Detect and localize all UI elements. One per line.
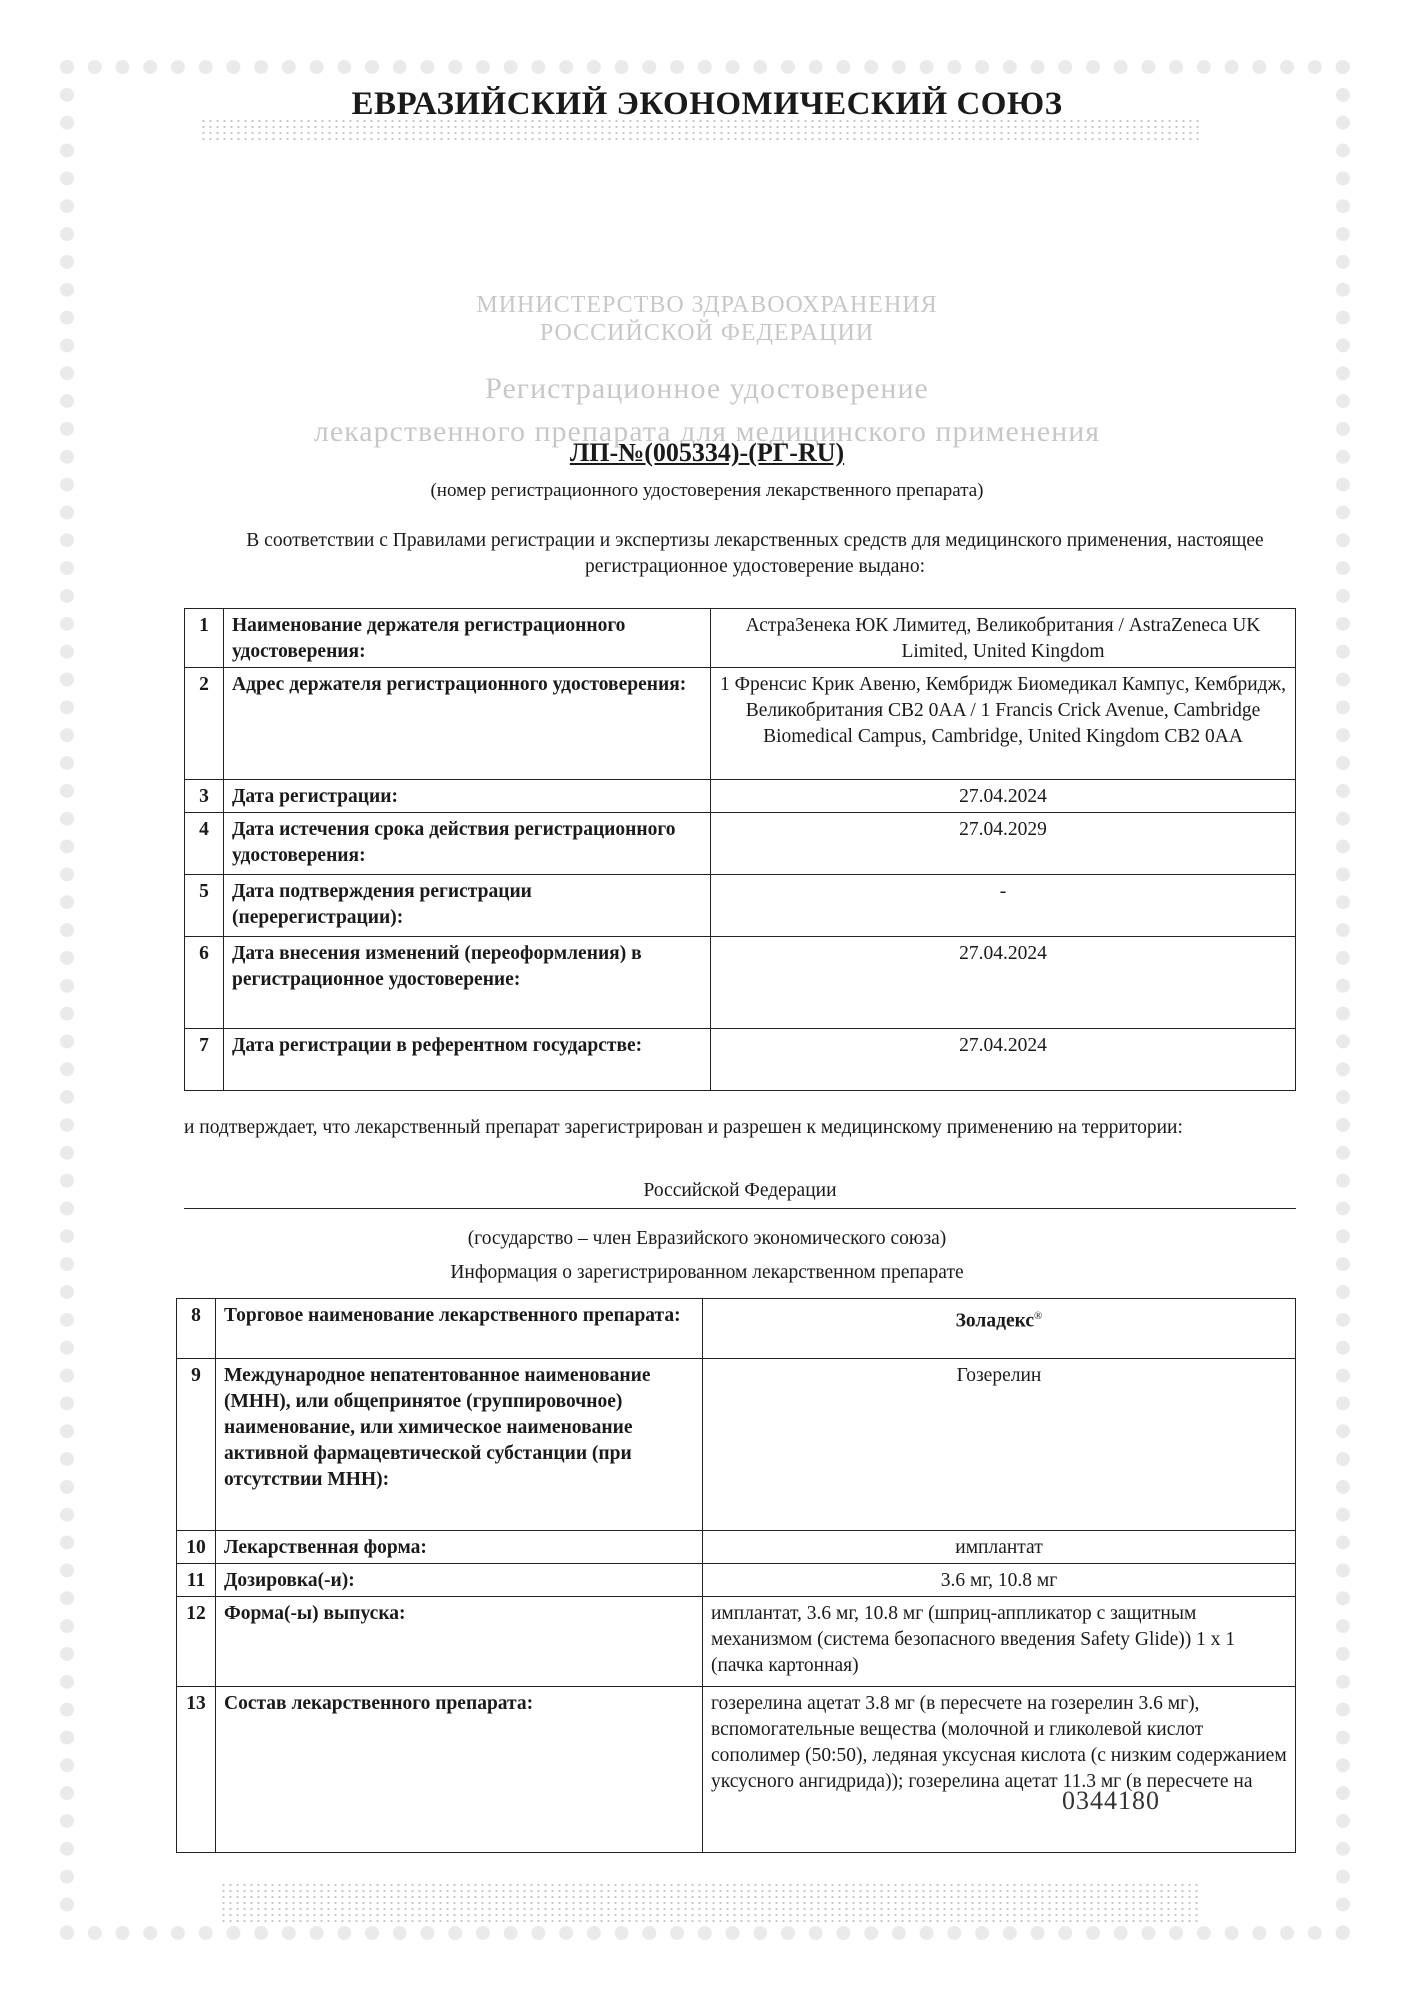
row-value: имплантат, 3.6 мг, 10.8 мг (шприц-апплик… bbox=[703, 1597, 1296, 1687]
table-row: 4 Дата истечения срока действия регистра… bbox=[185, 813, 1296, 875]
row-value: Золадекс® bbox=[703, 1299, 1296, 1359]
row-label: Адрес держателя регистрационного удостов… bbox=[224, 668, 711, 780]
intro-paragraph: В соответствии с Правилами регистрации и… bbox=[240, 528, 1270, 580]
row-value: Гозерелин bbox=[703, 1359, 1296, 1531]
row-number: 10 bbox=[177, 1531, 216, 1564]
form-serial-number: 0344180 bbox=[1062, 1786, 1160, 1816]
trade-name: Золадекс bbox=[956, 1311, 1034, 1332]
row-number: 7 bbox=[185, 1029, 224, 1091]
table-row: 1 Наименование держателя регистрационног… bbox=[185, 609, 1296, 668]
row-label: Лекарственная форма: bbox=[216, 1531, 703, 1564]
table-row: 5 Дата подтверждения регистрации (перере… bbox=[185, 875, 1296, 937]
registration-certificate-page: ЕВРАЗИЙСКИЙ ЭКОНОМИЧЕСКИЙ СОЮЗ МИНИСТЕРС… bbox=[0, 0, 1414, 2000]
certificate-number-caption: (номер регистрационного удостоверения ле… bbox=[0, 480, 1414, 502]
product-info-table: 8 Торговое наименование лекарственного п… bbox=[176, 1298, 1296, 1853]
row-value: 3.6 мг, 10.8 мг bbox=[703, 1564, 1296, 1597]
row-value: АстраЗенека ЮК Лимитед, Великобритания /… bbox=[711, 609, 1296, 668]
row-number: 8 bbox=[177, 1299, 216, 1359]
row-number: 11 bbox=[177, 1564, 216, 1597]
certificate-number: ЛП-№(005334)-(РГ-RU) bbox=[0, 438, 1414, 468]
row-number: 3 bbox=[185, 780, 224, 813]
table-row: 2 Адрес держателя регистрационного удост… bbox=[185, 668, 1296, 780]
table-row: 10 Лекарственная форма: имплантат bbox=[177, 1531, 1296, 1564]
row-label: Дата регистрации в референтном государст… bbox=[224, 1029, 711, 1091]
table-row: 6 Дата внесения изменений (переоформлени… bbox=[185, 937, 1296, 1029]
table-row: 12 Форма(-ы) выпуска: имплантат, 3.6 мг,… bbox=[177, 1597, 1296, 1687]
row-label: Дата регистрации: bbox=[224, 780, 711, 813]
row-value: гозерелина ацетат 3.8 мг (в пересчете на… bbox=[703, 1687, 1296, 1853]
row-number: 6 bbox=[185, 937, 224, 1029]
organization-title: ЕВРАЗИЙСКИЙ ЭКОНОМИЧЕСКИЙ СОЮЗ bbox=[0, 86, 1414, 123]
product-info-heading: Информация о зарегистрированном лекарств… bbox=[0, 1262, 1414, 1284]
row-number: 12 bbox=[177, 1597, 216, 1687]
confirmation-paragraph: и подтверждает, что лекарственный препар… bbox=[184, 1116, 1304, 1140]
holder-info-table: 1 Наименование держателя регистрационног… bbox=[184, 608, 1296, 1091]
row-label: Дата истечения срока действия регистраци… bbox=[224, 813, 711, 875]
row-label: Состав лекарственного препарата: bbox=[216, 1687, 703, 1853]
row-number: 9 bbox=[177, 1359, 216, 1531]
row-value: 27.04.2024 bbox=[711, 1029, 1296, 1091]
row-number: 13 bbox=[177, 1687, 216, 1853]
row-label: Дозировка(-и): bbox=[216, 1564, 703, 1597]
table-row: 8 Торговое наименование лекарственного п… bbox=[177, 1299, 1296, 1359]
row-number: 1 bbox=[185, 609, 224, 668]
table-row: 11 Дозировка(-и): 3.6 мг, 10.8 мг bbox=[177, 1564, 1296, 1597]
row-label: Форма(-ы) выпуска: bbox=[216, 1597, 703, 1687]
row-number: 4 bbox=[185, 813, 224, 875]
row-label: Международное непатентованное наименован… bbox=[216, 1359, 703, 1531]
row-value: 27.04.2024 bbox=[711, 937, 1296, 1029]
faded-watermark-line: МИНИСТЕРСТВО ЗДРАВООХРАНЕНИЯ bbox=[0, 292, 1414, 319]
row-number: 5 bbox=[185, 875, 224, 937]
row-value: 1 Френсис Крик Авеню, Кембридж Биомедика… bbox=[711, 668, 1296, 780]
territory-caption: (государство – член Евразийского экономи… bbox=[0, 1228, 1414, 1250]
scan-noise-band bbox=[220, 1882, 1200, 1922]
table-row: 9 Международное непатентованное наименов… bbox=[177, 1359, 1296, 1531]
row-value: - bbox=[711, 875, 1296, 937]
row-value: 27.04.2024 bbox=[711, 780, 1296, 813]
row-value: 27.04.2029 bbox=[711, 813, 1296, 875]
row-label: Дата подтверждения регистрации (перереги… bbox=[224, 875, 711, 937]
row-number: 2 bbox=[185, 668, 224, 780]
row-label: Дата внесения изменений (переоформления)… bbox=[224, 937, 711, 1029]
territory-name: Российской Федерации bbox=[184, 1180, 1296, 1209]
row-value: имплантат bbox=[703, 1531, 1296, 1564]
table-row: 3 Дата регистрации: 27.04.2024 bbox=[185, 780, 1296, 813]
faded-watermark-line: РОССИЙСКОЙ ФЕДЕРАЦИИ bbox=[0, 320, 1414, 347]
table-row: 7 Дата регистрации в референтном государ… bbox=[185, 1029, 1296, 1091]
table-row: 13 Состав лекарственного препарата: гозе… bbox=[177, 1687, 1296, 1853]
registered-mark: ® bbox=[1034, 1310, 1042, 1322]
faded-watermark-line: Регистрационное удостоверение bbox=[0, 372, 1414, 406]
row-label: Наименование держателя регистрационного … bbox=[224, 609, 711, 668]
row-label: Торговое наименование лекарственного пре… bbox=[216, 1299, 703, 1359]
